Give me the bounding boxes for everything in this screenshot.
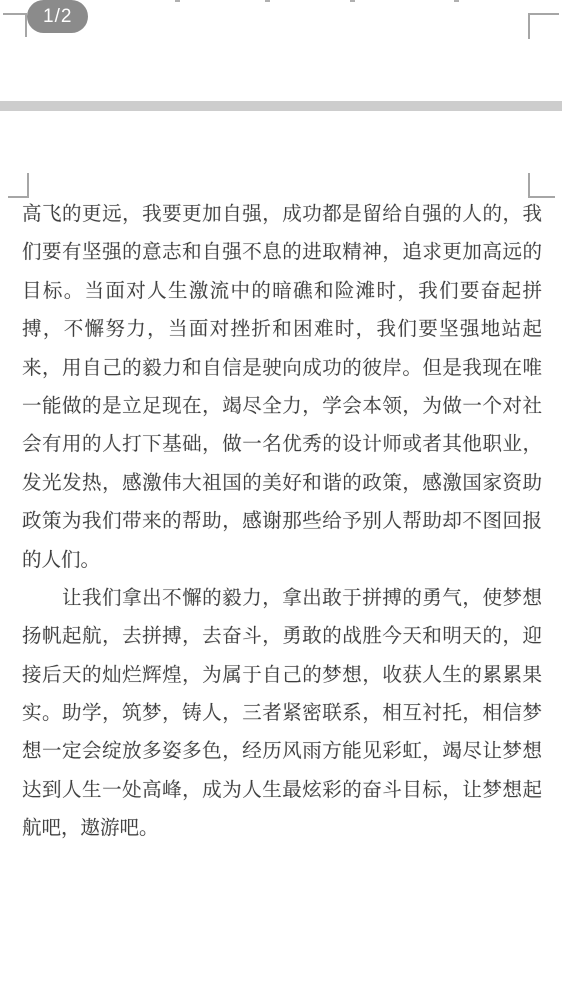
page-indicator-badge: 1/2 <box>27 0 88 33</box>
text-line: 目标。当面对人生激流中的暗礁和险滩时，我们要奋起拼 <box>22 272 542 310</box>
text-line: 接后天的灿烂辉煌，为属于自己的梦想，收获人生的累累果 <box>22 656 542 694</box>
text-line: 达到人生一处高峰，成为人生最炫彩的奋斗目标，让梦想起 <box>22 771 542 809</box>
text-line: 一能做的是立足现在，竭尽全力，学会本领，为做一个对社 <box>22 387 542 425</box>
document-text: 高飞的更远，我要更加自强，成功都是留给自强的人的，我 们要有坚强的意志和自强不息… <box>22 195 542 848</box>
text-line: 扬帆起航，去拼搏，去奋斗，勇敢的战胜今天和明天的，迎 <box>22 617 542 655</box>
page1-text-remnant <box>350 0 355 2</box>
text-line: 实。助学，筑梦，铸人，三者紧密联系，相互衬托，相信梦 <box>22 694 542 732</box>
text-line: 航吧，遨游吧。 <box>22 809 542 847</box>
text-line: 发光发热，感激伟大祖国的美好和谐的政策，感激国家资助 <box>22 464 542 502</box>
page1-text-remnant <box>454 0 459 2</box>
text-line: 高飞的更远，我要更加自强，成功都是留给自强的人的，我 <box>22 195 542 233</box>
page-indicator-label: 1/2 <box>43 6 72 28</box>
text-line: 想一定会绽放多姿多色，经历风雨方能见彩虹，竭尽让梦想 <box>22 732 542 770</box>
text-line: 的人们。 <box>22 541 542 579</box>
crop-mark-page1-bottom-left-icon <box>3 13 27 37</box>
page-separator <box>0 101 562 111</box>
text-line: 会有用的人打下基础，做一名优秀的设计师或者其他职业， <box>22 425 542 463</box>
crop-mark-page1-bottom-right-icon <box>528 13 559 39</box>
text-line: 让我们拿出不懈的毅力，拿出敢于拼搏的勇气，使梦想 <box>22 579 542 617</box>
text-line: 们要有坚强的意志和自强不息的进取精神，追求更加高远的 <box>22 233 542 271</box>
text-line: 搏，不懈努力，当面对挫折和困难时，我们要坚强地站起 <box>22 310 542 348</box>
text-line: 来，用自己的毅力和自信是驶向成功的彼岸。但是我现在唯 <box>22 349 542 387</box>
text-line: 政策为我们带来的帮助，感谢那些给予别人帮助却不图回报 <box>22 502 542 540</box>
page1-text-remnant <box>265 0 270 2</box>
page1-text-remnant <box>175 0 180 2</box>
document-viewport[interactable]: 高飞的更远，我要更加自强，成功都是留给自强的人的，我 们要有坚强的意志和自强不息… <box>0 0 562 993</box>
